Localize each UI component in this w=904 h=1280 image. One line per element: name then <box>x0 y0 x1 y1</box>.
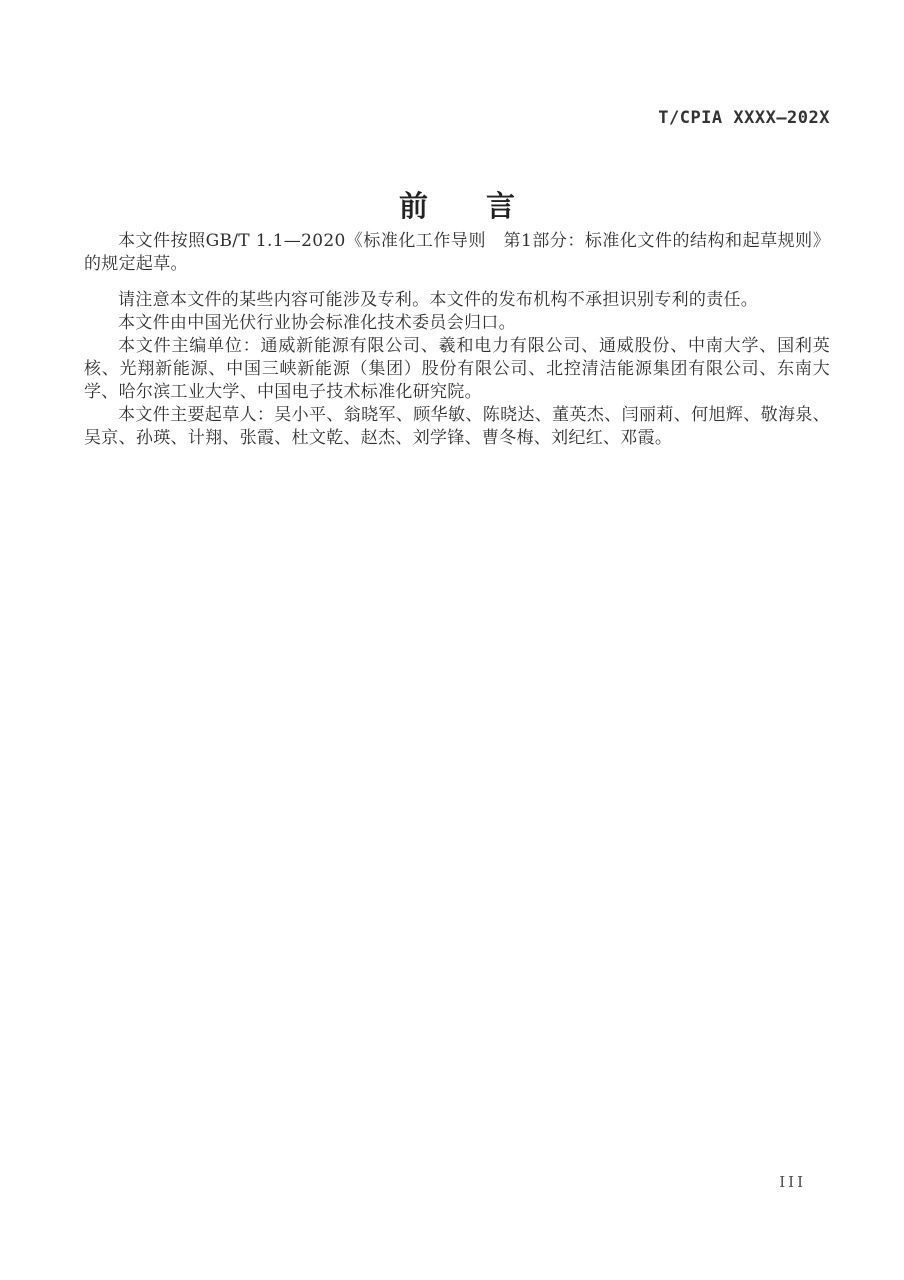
foreword-paragraph-main-drafters: 本文件主要起草人：吴小平、翁晓军、顾华敏、陈晓达、董英杰、闫丽莉、何旭辉、敬海泉… <box>84 404 830 450</box>
document-standard-number: T/CPIA XXXX—202X <box>658 108 830 128</box>
foreword-paragraphs: 本文件按照GB/T 1.1—2020《标准化工作导则 第1部分：标准化文件的结构… <box>84 230 830 450</box>
foreword-section: 前 言 本文件按照GB/T 1.1—2020《标准化工作导则 第1部分：标准化文… <box>84 190 830 450</box>
page-title: 前 言 <box>84 190 830 222</box>
foreword-paragraph-drafting-rules: 本文件按照GB/T 1.1—2020《标准化工作导则 第1部分：标准化文件的结构… <box>84 230 830 276</box>
foreword-paragraph-patent-notice: 请注意本文件的某些内容可能涉及专利。本文件的发布机构不承担识别专利的责任。 <box>84 289 830 312</box>
foreword-paragraph-chief-organizations: 本文件主编单位：通威新能源有限公司、羲和电力有限公司、通威股份、中南大学、国利英… <box>84 335 830 404</box>
foreword-paragraph-committee: 本文件由中国光伏行业协会标准化技术委员会归口。 <box>84 312 830 335</box>
document-page: T/CPIA XXXX—202X 前 言 本文件按照GB/T 1.1—2020《… <box>0 0 904 1280</box>
page-number: III <box>779 1173 806 1191</box>
